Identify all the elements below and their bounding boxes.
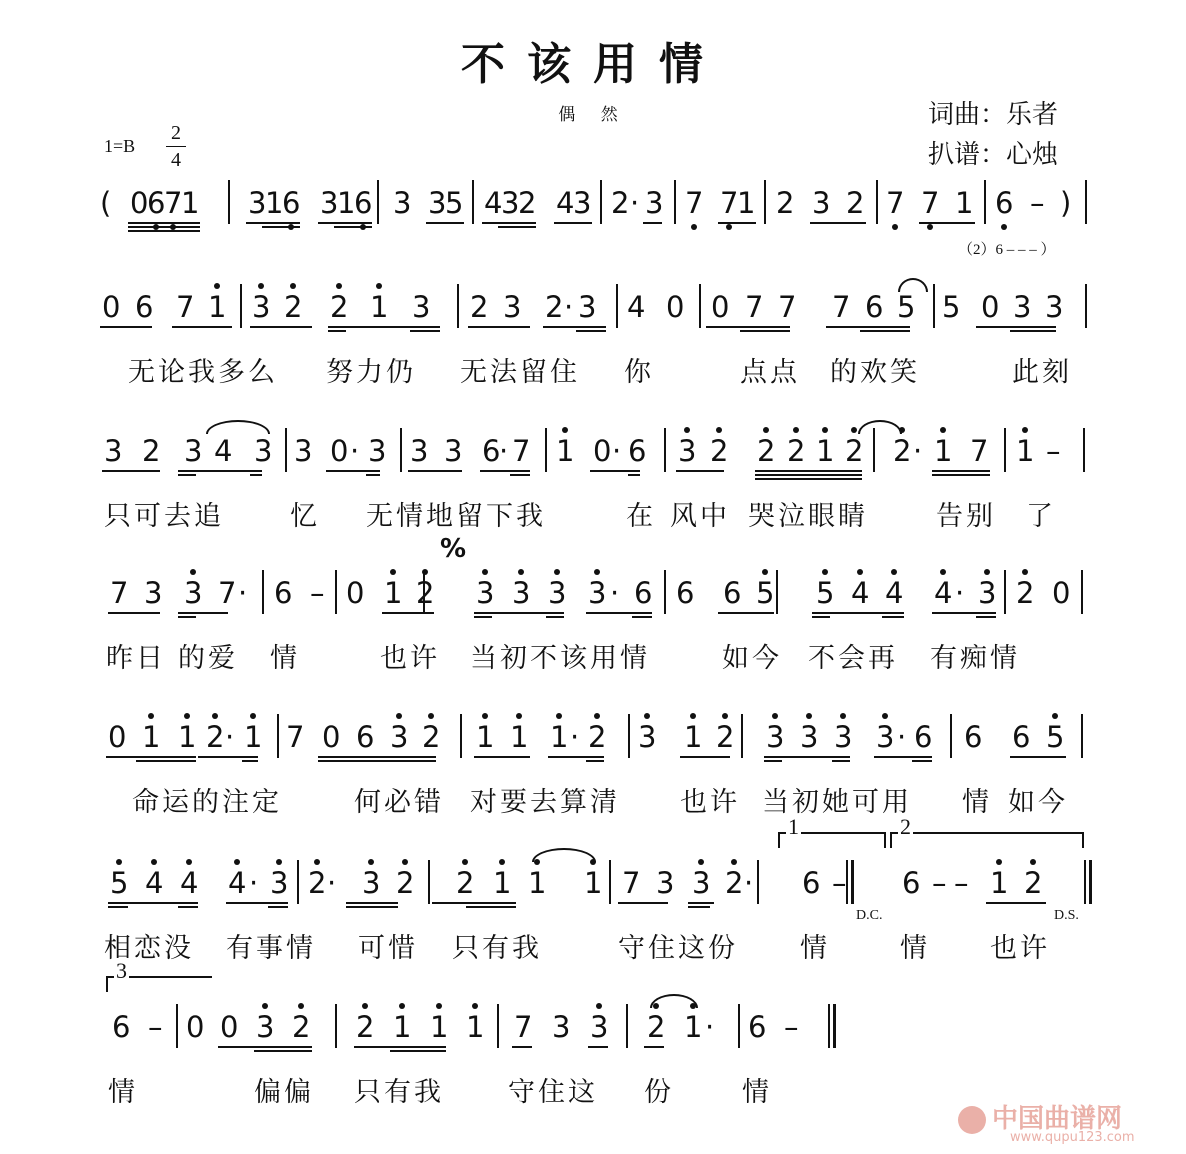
high-octave-dot bbox=[250, 713, 256, 719]
note: 4 bbox=[145, 866, 163, 900]
note: – bbox=[932, 866, 947, 900]
note-value: 2 bbox=[284, 290, 302, 324]
note: 3 bbox=[678, 434, 696, 468]
duration-underline bbox=[810, 222, 866, 224]
note-value: 7 bbox=[778, 290, 796, 324]
note-value: 1 bbox=[684, 1010, 702, 1044]
note-value: ) bbox=[1060, 186, 1071, 220]
high-octave-dot bbox=[390, 569, 396, 575]
high-octave-dot bbox=[212, 713, 218, 719]
duration-underline bbox=[755, 470, 862, 472]
note: 3 bbox=[184, 434, 202, 468]
lyric-text: 情 bbox=[962, 780, 992, 819]
note-value: · bbox=[913, 434, 922, 468]
barline bbox=[240, 284, 242, 328]
note: 3 bbox=[393, 186, 411, 220]
high-octave-dot bbox=[793, 427, 799, 433]
note-value: 1 bbox=[510, 720, 528, 754]
note: 1 bbox=[181, 186, 199, 220]
duration-underline bbox=[328, 330, 346, 332]
duration-underline bbox=[178, 906, 198, 908]
note-value: 3 bbox=[1045, 290, 1063, 324]
note: · bbox=[705, 1010, 714, 1044]
lyric-text: 情 bbox=[270, 636, 300, 675]
note: 3 bbox=[590, 1010, 608, 1044]
note-value: · bbox=[225, 720, 234, 754]
tie-slur bbox=[532, 848, 596, 862]
high-octave-dot bbox=[1022, 569, 1028, 575]
duration-underline bbox=[546, 616, 564, 618]
duration-underline bbox=[100, 326, 152, 328]
duration-underline bbox=[976, 616, 996, 618]
barline bbox=[626, 1004, 628, 1048]
barline bbox=[1081, 570, 1083, 614]
note-value: 0 bbox=[130, 186, 148, 220]
duration-underline bbox=[318, 756, 436, 758]
duration-underline bbox=[108, 902, 198, 904]
note-value: 1 bbox=[684, 720, 702, 754]
duration-underline bbox=[718, 222, 756, 224]
note-value: 7 bbox=[832, 290, 850, 324]
note: 4 bbox=[214, 434, 232, 468]
barline bbox=[1083, 428, 1085, 472]
high-octave-dot bbox=[151, 859, 157, 865]
note-value: 0 bbox=[346, 576, 364, 610]
segno-icon: % bbox=[440, 534, 466, 564]
barline bbox=[776, 570, 778, 614]
note-value: 4 bbox=[228, 866, 246, 900]
high-octave-dot bbox=[290, 283, 296, 289]
high-octave-dot bbox=[184, 713, 190, 719]
barline bbox=[741, 714, 743, 758]
note-value: · bbox=[249, 866, 258, 900]
note: 1 bbox=[556, 434, 574, 468]
repeat-mark: D.C. bbox=[856, 908, 882, 924]
note-value: 1 bbox=[934, 434, 952, 468]
note-value: · bbox=[350, 434, 359, 468]
note: · bbox=[327, 866, 336, 900]
note-value: 3 bbox=[766, 720, 784, 754]
note: ) bbox=[1060, 186, 1071, 220]
note: 4 bbox=[180, 866, 198, 900]
lyric-text: 无论我多么 bbox=[128, 350, 278, 389]
duration-underline bbox=[178, 612, 228, 614]
high-octave-dot bbox=[772, 713, 778, 719]
note: 1 bbox=[493, 866, 511, 900]
note-value: 7 bbox=[622, 866, 640, 900]
note: 1 bbox=[370, 290, 388, 324]
duration-underline bbox=[346, 902, 398, 904]
duration-underline bbox=[586, 612, 652, 614]
note: 6 bbox=[482, 434, 500, 468]
note-value: 2 bbox=[518, 186, 536, 220]
barline bbox=[228, 180, 230, 224]
note: 6 bbox=[914, 720, 932, 754]
note: 2 bbox=[142, 434, 160, 468]
tie-slur bbox=[858, 420, 902, 434]
note-value: – bbox=[310, 576, 325, 610]
duration-underline bbox=[218, 1046, 312, 1048]
note: 7 bbox=[110, 576, 128, 610]
note-value: 3 bbox=[254, 434, 272, 468]
note: 3 bbox=[256, 1010, 274, 1044]
note: 1 bbox=[528, 866, 546, 900]
note: 1 bbox=[476, 720, 494, 754]
note: 0 bbox=[330, 434, 348, 468]
note: 1 bbox=[955, 186, 973, 220]
barline bbox=[460, 714, 462, 758]
lyric-text: 只有我 bbox=[354, 1070, 444, 1109]
note: · bbox=[744, 866, 753, 900]
note: · bbox=[249, 866, 258, 900]
note-value: 7 bbox=[176, 290, 194, 324]
note: · bbox=[913, 434, 922, 468]
ending-alternative-note: （2）6 – – – ） bbox=[958, 238, 1056, 259]
repeat-mark: D.S. bbox=[1054, 908, 1079, 924]
duration-underline bbox=[554, 222, 592, 224]
high-octave-dot bbox=[684, 427, 690, 433]
lyric-text: 当初她可用 bbox=[762, 780, 912, 819]
low-octave-dot bbox=[927, 224, 933, 230]
note-value: 6 bbox=[112, 1010, 130, 1044]
duration-underline bbox=[466, 906, 516, 908]
note-value: 3 bbox=[588, 576, 606, 610]
note-value: 6 bbox=[723, 576, 741, 610]
note-value: 3 bbox=[412, 290, 430, 324]
note-value: 3 bbox=[692, 866, 710, 900]
note-value: · bbox=[610, 576, 619, 610]
duration-underline bbox=[474, 616, 492, 618]
high-octave-dot bbox=[822, 427, 828, 433]
note-value: 0 bbox=[1052, 576, 1070, 610]
duration-underline bbox=[242, 760, 258, 762]
note-value: 4 bbox=[627, 290, 645, 324]
duration-underline bbox=[246, 222, 300, 224]
note-value: 4 bbox=[180, 866, 198, 900]
note: 6 bbox=[865, 290, 883, 324]
duration-underline bbox=[576, 330, 606, 332]
note-value: 5 bbox=[110, 866, 128, 900]
note: 2 bbox=[776, 186, 794, 220]
note-value: 2 bbox=[545, 290, 563, 324]
high-octave-dot bbox=[594, 569, 600, 575]
note-value: 6 bbox=[964, 720, 982, 754]
note: 5 bbox=[1046, 720, 1064, 754]
barline bbox=[335, 1004, 337, 1048]
note: 0 bbox=[711, 290, 729, 324]
double-barline bbox=[1089, 860, 1092, 904]
note-value: 2 bbox=[588, 720, 606, 754]
note: 3 bbox=[294, 434, 312, 468]
note: 6 bbox=[135, 290, 153, 324]
high-octave-dot bbox=[644, 713, 650, 719]
note: 1 bbox=[265, 186, 283, 220]
note-value: 2 bbox=[142, 434, 160, 468]
note: 5 bbox=[445, 186, 463, 220]
note-value: 0 bbox=[322, 720, 340, 754]
note-value: 3 bbox=[638, 720, 656, 754]
barline bbox=[609, 860, 611, 904]
duration-underline bbox=[226, 902, 288, 904]
high-octave-dot bbox=[690, 713, 696, 719]
note: 7 bbox=[832, 290, 850, 324]
note: 2 bbox=[845, 434, 863, 468]
duration-underline bbox=[755, 474, 862, 476]
note-value: 1 bbox=[370, 290, 388, 324]
note-value: · bbox=[630, 186, 639, 220]
duration-underline bbox=[326, 470, 380, 472]
note-value: 3 bbox=[428, 186, 446, 220]
note-value: 0 bbox=[102, 290, 120, 324]
high-octave-dot bbox=[698, 859, 704, 865]
duration-underline bbox=[590, 470, 640, 472]
duration-underline bbox=[250, 326, 312, 328]
note: – bbox=[954, 866, 969, 900]
barline bbox=[1081, 714, 1083, 758]
duration-underline bbox=[108, 906, 128, 908]
note-value: 7 bbox=[970, 434, 988, 468]
note: 2 bbox=[422, 720, 440, 754]
high-octave-dot bbox=[562, 427, 568, 433]
note-value: 1 bbox=[584, 866, 602, 900]
duration-underline bbox=[548, 756, 604, 758]
lyric-text: 哭泣眼睛 bbox=[748, 494, 868, 533]
duration-underline bbox=[102, 470, 160, 472]
note-value: · bbox=[564, 290, 573, 324]
high-octave-dot bbox=[996, 859, 1002, 865]
note: 6 bbox=[634, 576, 652, 610]
note-value: 2 bbox=[396, 866, 414, 900]
note: · bbox=[570, 720, 579, 754]
barline bbox=[400, 428, 402, 472]
note-value: 3 bbox=[573, 186, 591, 220]
note-value: 6 bbox=[676, 576, 694, 610]
note-value: 2 bbox=[470, 290, 488, 324]
high-octave-dot bbox=[940, 427, 946, 433]
note: 2 bbox=[716, 720, 734, 754]
note-value: 3 bbox=[270, 866, 288, 900]
barline bbox=[423, 570, 425, 614]
note-value: 7 bbox=[164, 186, 182, 220]
note: 7 bbox=[720, 186, 738, 220]
barline bbox=[176, 1004, 178, 1048]
lyric-text: 如今 bbox=[1008, 780, 1068, 819]
note: 3 bbox=[270, 866, 288, 900]
note: – bbox=[832, 866, 847, 900]
note: 2 bbox=[330, 290, 348, 324]
note: 0 bbox=[130, 186, 148, 220]
note-value: 0 bbox=[186, 1010, 204, 1044]
note: 1 bbox=[684, 720, 702, 754]
note-value: 1 bbox=[493, 866, 511, 900]
barline bbox=[674, 180, 676, 224]
note: 2 bbox=[396, 866, 414, 900]
note: 1 bbox=[934, 434, 952, 468]
duration-underline bbox=[986, 902, 1046, 904]
double-barline bbox=[846, 860, 848, 904]
high-octave-dot bbox=[518, 569, 524, 575]
note-value: 6 bbox=[628, 434, 646, 468]
note: 1 bbox=[384, 576, 402, 610]
duration-underline bbox=[919, 222, 975, 224]
note: · bbox=[955, 576, 964, 610]
note-value: 6 bbox=[1012, 720, 1030, 754]
barline bbox=[738, 1004, 740, 1048]
duration-underline bbox=[586, 760, 604, 762]
high-octave-dot bbox=[516, 713, 522, 719]
note-value: 5 bbox=[1046, 720, 1064, 754]
high-octave-dot bbox=[462, 859, 468, 865]
barline bbox=[1085, 180, 1087, 224]
note-value: 3 bbox=[501, 186, 519, 220]
high-octave-dot bbox=[554, 569, 560, 575]
lyric-text: 你 bbox=[624, 350, 654, 389]
note-value: 1 bbox=[556, 434, 574, 468]
note: 6 bbox=[1012, 720, 1030, 754]
note: 3 bbox=[410, 434, 428, 468]
note-value: 1 bbox=[1016, 434, 1034, 468]
note-value: 3 bbox=[656, 866, 674, 900]
lyric-text: 也许 bbox=[680, 780, 740, 819]
duration-underline bbox=[346, 906, 398, 908]
note-value: 1 bbox=[337, 186, 355, 220]
barline bbox=[984, 180, 986, 224]
note-value: 1 bbox=[430, 1010, 448, 1044]
high-octave-dot bbox=[731, 859, 737, 865]
note: 3 bbox=[578, 290, 596, 324]
note: 3 bbox=[1013, 290, 1031, 324]
duration-underline bbox=[382, 612, 434, 614]
lyric-text: 风中 bbox=[670, 494, 730, 533]
duration-underline bbox=[755, 478, 862, 480]
lyric-text: 不会再 bbox=[808, 636, 898, 675]
volta-bracket: 1 bbox=[778, 832, 886, 848]
note: 6 bbox=[628, 434, 646, 468]
note: 3 bbox=[184, 576, 202, 610]
note-value: 6 bbox=[865, 290, 883, 324]
note-value: 3 bbox=[578, 290, 596, 324]
note-value: 3 bbox=[248, 186, 266, 220]
note-value: 2 bbox=[1024, 866, 1042, 900]
high-octave-dot bbox=[396, 713, 402, 719]
note-value: 0 bbox=[981, 290, 999, 324]
note: 7 bbox=[218, 576, 236, 610]
note-value: 1 bbox=[384, 576, 402, 610]
note-value: 2 bbox=[845, 434, 863, 468]
note: 3 bbox=[645, 186, 663, 220]
barline bbox=[664, 570, 666, 614]
barline bbox=[1085, 284, 1087, 328]
barline bbox=[297, 860, 299, 904]
high-octave-dot bbox=[556, 713, 562, 719]
time-signature: 2 4 bbox=[166, 120, 186, 173]
barline bbox=[933, 284, 935, 328]
note: 1 bbox=[584, 866, 602, 900]
duration-underline bbox=[468, 326, 530, 328]
duration-underline bbox=[426, 222, 464, 224]
duration-underline bbox=[688, 902, 714, 904]
lyric-text: 无情地留下我 bbox=[366, 494, 546, 533]
note-value: 3 bbox=[978, 576, 996, 610]
note-value: 3 bbox=[184, 576, 202, 610]
note-value: 2 bbox=[611, 186, 629, 220]
transcriber-credit: 扒谱：心烛 bbox=[928, 134, 1058, 171]
duration-underline bbox=[128, 222, 200, 224]
high-octave-dot bbox=[116, 859, 122, 865]
note: 3 bbox=[368, 434, 386, 468]
high-octave-dot bbox=[368, 859, 374, 865]
high-octave-dot bbox=[482, 569, 488, 575]
barline bbox=[950, 714, 952, 758]
duration-underline bbox=[1010, 756, 1066, 758]
duration-underline bbox=[136, 760, 196, 762]
note-value: · bbox=[570, 720, 579, 754]
note-value: · bbox=[499, 434, 508, 468]
note-value: 3 bbox=[590, 1010, 608, 1044]
note-value: 2 bbox=[776, 186, 794, 220]
note: 2 bbox=[588, 720, 606, 754]
high-octave-dot bbox=[262, 1003, 268, 1009]
note: 7 bbox=[164, 186, 182, 220]
high-octave-dot bbox=[186, 859, 192, 865]
duration-underline bbox=[976, 326, 1056, 328]
note-value: 1 bbox=[955, 186, 973, 220]
note-value: 1 bbox=[528, 866, 546, 900]
note-value: 3 bbox=[645, 186, 663, 220]
lyric-text: 可惜 bbox=[358, 926, 418, 965]
note: – bbox=[784, 1010, 799, 1044]
note-value: 7 bbox=[720, 186, 738, 220]
note: 3 bbox=[978, 576, 996, 610]
note-value: 6 bbox=[282, 186, 300, 220]
note: 5 bbox=[816, 576, 834, 610]
high-octave-dot bbox=[882, 713, 888, 719]
duration-underline bbox=[860, 330, 910, 332]
note: 2 bbox=[356, 1010, 374, 1044]
duration-underline bbox=[482, 222, 536, 224]
barline bbox=[600, 180, 602, 224]
duration-underline bbox=[498, 226, 536, 228]
lyric-text: 情 bbox=[900, 926, 930, 965]
note: 3 bbox=[692, 866, 710, 900]
note: 6 bbox=[354, 186, 372, 220]
high-octave-dot bbox=[822, 569, 828, 575]
barline bbox=[699, 284, 701, 328]
time-signature-top: 2 bbox=[166, 120, 186, 146]
note: – bbox=[1030, 186, 1045, 220]
duration-underline bbox=[644, 1046, 664, 1048]
note: 7 bbox=[970, 434, 988, 468]
note: 7 bbox=[921, 186, 939, 220]
high-octave-dot bbox=[214, 283, 220, 289]
duration-underline bbox=[250, 474, 262, 476]
note: 1 bbox=[178, 720, 196, 754]
note-value: 6 bbox=[482, 434, 500, 468]
duration-underline bbox=[318, 760, 436, 762]
lyric-text: 的爱 bbox=[178, 636, 238, 675]
duration-underline bbox=[128, 226, 200, 228]
lyric-text: 此刻 bbox=[1012, 350, 1072, 389]
barline bbox=[1004, 428, 1006, 472]
note: 3 bbox=[503, 290, 521, 324]
note: 0 bbox=[666, 290, 684, 324]
note-value: 1 bbox=[466, 1010, 484, 1044]
duration-underline bbox=[643, 222, 662, 224]
note: 2 bbox=[611, 186, 629, 220]
note-value: 1 bbox=[990, 866, 1008, 900]
note: 1 bbox=[142, 720, 160, 754]
lyric-text: 当初不该用情 bbox=[470, 636, 650, 675]
